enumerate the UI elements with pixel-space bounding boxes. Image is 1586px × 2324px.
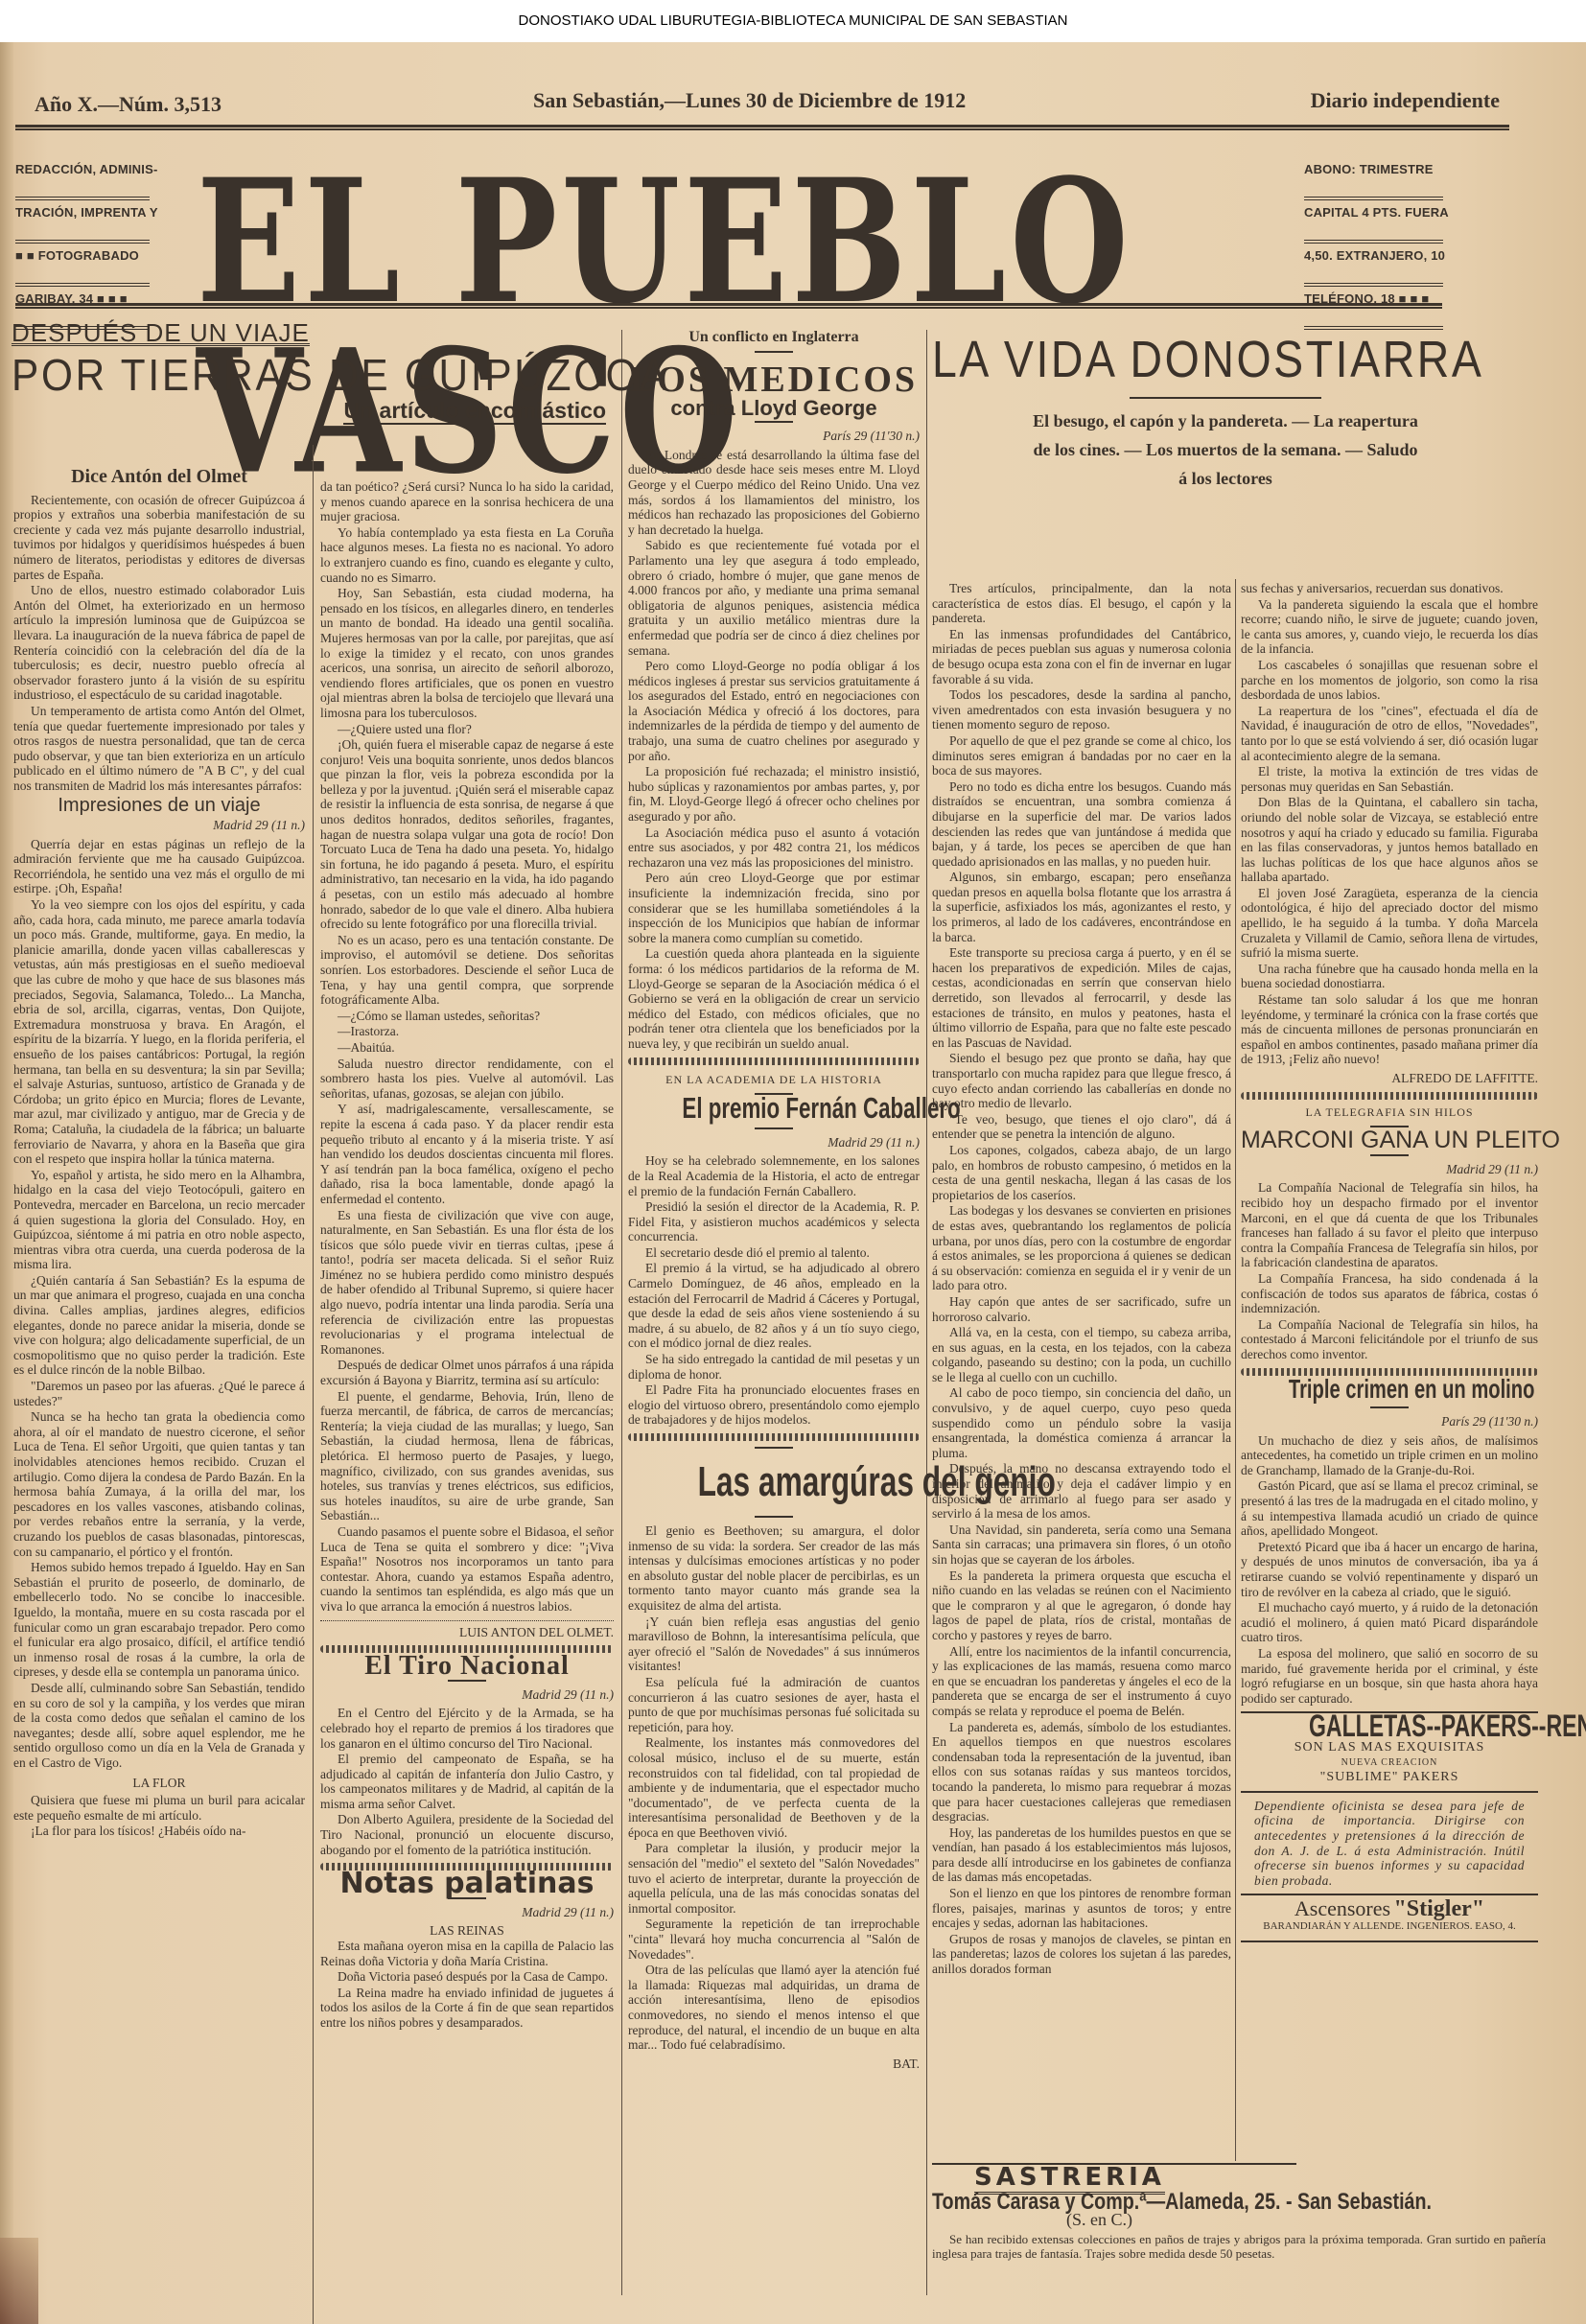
ornamental-divider <box>320 1863 614 1871</box>
ad-firm: Tomás Carasa y Comp.ª—Alameda, 25. - San… <box>932 2195 1435 2210</box>
divider <box>1241 1894 1538 1895</box>
article-headline: LOS MEDICOS <box>628 359 920 401</box>
ad-sastreria: SASTRERIA Tomás Carasa y Comp.ª—Alameda,… <box>932 2157 1546 2263</box>
article-vida-donostiarra: LA VIDA DONOSTIARRA El besugo, el capón … <box>932 326 1519 493</box>
column-rule <box>621 330 622 2295</box>
article-guipuzcoa: DESPUÉS DE UN VIAJE POR TIERRAS DE GUIPÚ… <box>12 326 616 421</box>
article-kicker: Un conflicto en Inglaterra <box>628 330 920 345</box>
ornamental-divider <box>1241 1092 1538 1100</box>
article-subheadline: de los cines. — Los muertos de la semana… <box>932 435 1519 464</box>
ad-text: BARANDIARÁN Y ALLENDE. INGENIEROS. EASO,… <box>1241 1919 1538 1935</box>
divider <box>755 1447 793 1449</box>
article-headline: El Tiro Nacional <box>320 1659 614 1674</box>
divider <box>755 1127 793 1129</box>
article-signature: ALFREDO DE LAFFITTE. <box>1241 1071 1538 1086</box>
ad-text: (S. en C.) <box>932 2213 1546 2228</box>
divider <box>1370 1154 1409 1156</box>
ad-stigler: Ascensores "Stigler" BARANDIARÁN Y ALLEN… <box>1241 1901 1538 1934</box>
column-rule <box>313 445 314 2324</box>
article-subheadline: El besugo, el capón y la pandereta. — La… <box>932 407 1519 435</box>
article-signature: LUIS ANTON DEL OLMET. <box>320 1625 614 1640</box>
ornamental-divider <box>628 1057 920 1065</box>
guipuzcoa-col2: da tan poético? ¿Será cursi? Nunca lo ha… <box>320 479 614 2032</box>
ornamental-divider <box>320 1645 614 1653</box>
inner-title: Impresiones de un viaje <box>13 799 305 814</box>
dateline: Madrid 29 (11 n.) <box>13 818 305 833</box>
ad-text: "SUBLIME" PAKERS <box>1241 1770 1538 1785</box>
vida-col2: sus fechas y aniversarios, recuerdan sus… <box>1241 581 1538 1948</box>
newspaper-page: Año X.—Núm. 3,513 San Sebastián,—Lunes 3… <box>0 42 1586 2324</box>
article-headline: POR TIERRAS DE GUIPÚZCOA <box>12 346 568 404</box>
article-headline: LA VIDA DONOSTIARRA <box>932 326 1436 393</box>
masthead-rule-bottom <box>15 303 1442 309</box>
ornamental-divider <box>628 1433 920 1441</box>
ad-headline: GALLETAS--PAKERS--RENTERIA <box>1309 1719 1586 1734</box>
column-rule <box>926 330 927 2295</box>
vida-col1: Tres artículos, principalmente, dan la n… <box>932 581 1231 1978</box>
article-kicker: LA TELEGRAFIA SIN HILOS <box>1241 1105 1538 1121</box>
ad-headline: "Stigler" <box>1393 1896 1484 1921</box>
article-signature: BAT. <box>628 2057 920 2072</box>
article-kicker: DESPUÉS DE UN VIAJE <box>12 326 310 346</box>
column-rule <box>1235 579 1236 2161</box>
tagline: Diario independiente <box>1311 88 1500 113</box>
divider <box>755 1516 793 1518</box>
guipuzcoa-col1: Dice Antón del Olmet Recientemente, con … <box>13 464 305 1840</box>
archive-header: DONOSTIAKO UDAL LIBURUTEGIA-BIBLIOTECA M… <box>0 0 1586 42</box>
dateline: Madrid 29 (11 n.) <box>320 1687 614 1703</box>
dateline: Madrid 29 (11 n.) <box>320 1905 614 1920</box>
dateline: Madrid 29 (11 n.) <box>1241 1162 1538 1177</box>
divider <box>1241 1791 1538 1793</box>
article-subheadline: contra Lloyd George <box>628 401 920 416</box>
divider <box>1370 1406 1409 1408</box>
dateline: París 29 (11'30 n.) <box>1241 1414 1538 1429</box>
subsection-title: LA FLOR <box>13 1776 305 1791</box>
ad-text: NUEVA CREACION <box>1241 1755 1538 1771</box>
dateline: Madrid 29 (11 n.) <box>628 1135 920 1150</box>
article-headline: Notas palatinas <box>320 1876 614 1892</box>
publication-date: San Sebastián,—Lunes 30 de Diciembre de … <box>533 88 966 113</box>
article-headline: MARCONI GANA UN PLEITO <box>1241 1133 1538 1149</box>
article-subheadline: á los lectores <box>932 464 1519 493</box>
divider <box>755 351 793 353</box>
subsection-title: LAS REINAS <box>320 1923 614 1939</box>
article-kicker: EN LA ACADEMIA DE LA HISTORIA <box>628 1073 920 1088</box>
ad-text: Ascensores <box>1294 1896 1390 1920</box>
ad-galletas: GALLETAS--PAKERS--RENTERIA SON LAS MAS E… <box>1241 1719 1538 1784</box>
dateline: París 29 (11'30 n.) <box>628 429 920 444</box>
section-title: Dice Antón del Olmet <box>13 470 305 485</box>
divider <box>755 421 793 423</box>
ad-dependiente: Dependiente oficinista se desea para jef… <box>1241 1799 1538 1889</box>
article-headline: El premio Fernán Caballero <box>682 1101 960 1116</box>
column-3: Un conflicto en Inglaterra LOS MEDICOS c… <box>628 330 920 2075</box>
issue-number: Año X.—Núm. 3,513 <box>35 92 222 117</box>
masthead-rule-top <box>15 125 1509 130</box>
article-headline: Triple crimen en un molino <box>1289 1382 1535 1397</box>
masthead-meta: Año X.—Núm. 3,513 San Sebastián,—Lunes 3… <box>35 88 1500 119</box>
divider <box>1241 1941 1538 1942</box>
ad-text: Se han recibido extensas colecciones en … <box>932 2232 1546 2262</box>
